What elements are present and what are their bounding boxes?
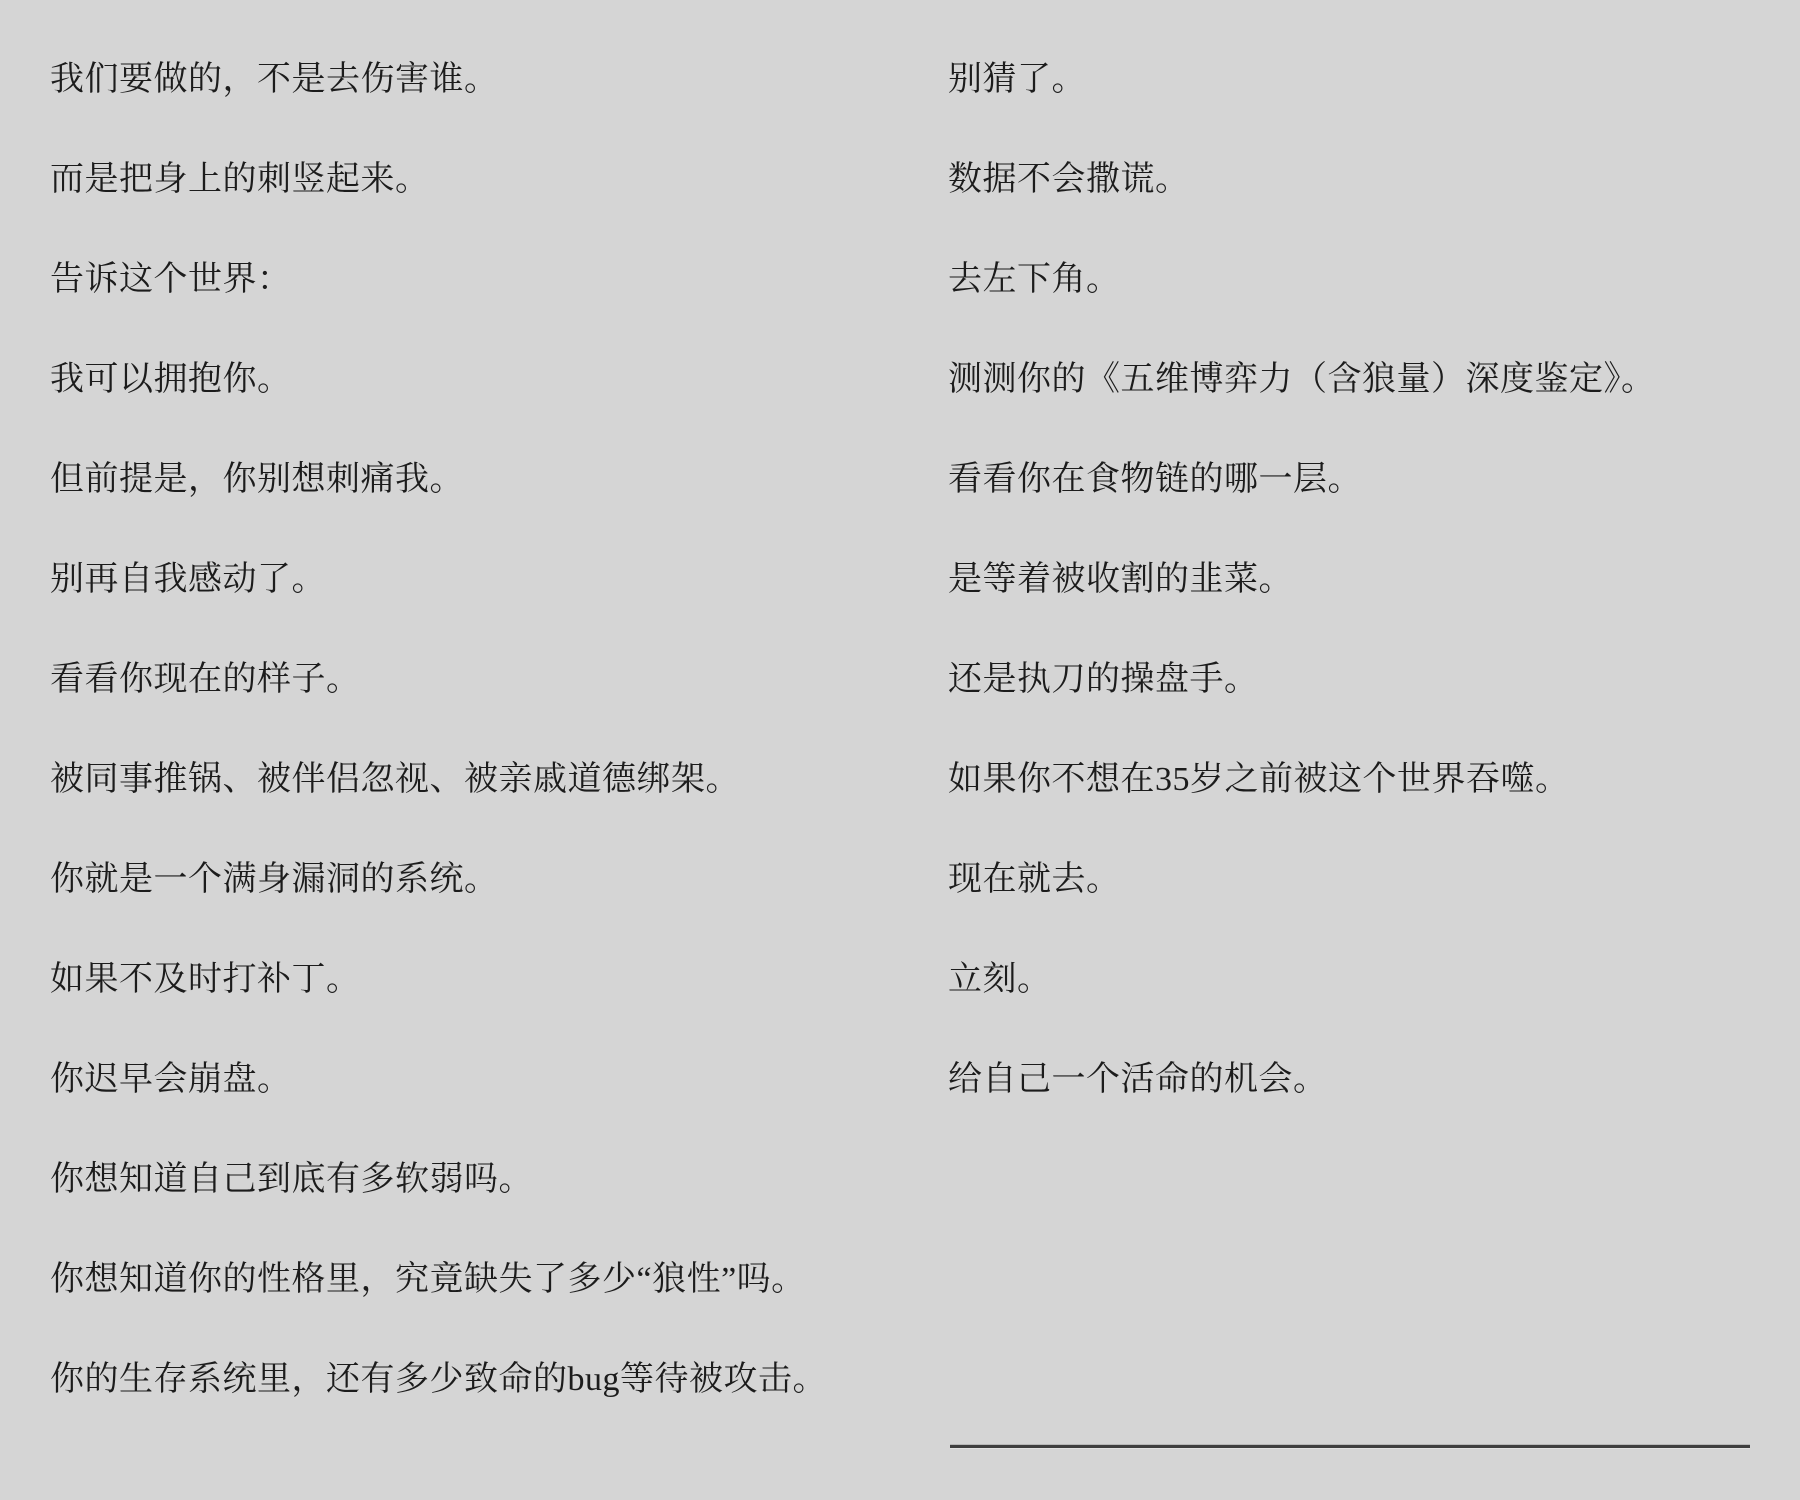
- text-line: 看看你现在的样子。: [50, 630, 920, 730]
- text-line: 如果你不想在35岁之前被这个世界吞噬。: [948, 730, 1778, 830]
- text-line: 我们要做的，不是去伤害谁。: [50, 30, 920, 130]
- text-line: 你的生存系统里，还有多少致命的bug等待被攻击。: [50, 1330, 920, 1430]
- text-line: 还是执刀的操盘手。: [948, 630, 1778, 730]
- text-line: 去左下角。: [948, 230, 1778, 330]
- left-text-column: 我们要做的，不是去伤害谁。而是把身上的刺竖起来。告诉这个世界：我可以拥抱你。但前…: [50, 0, 920, 1430]
- text-line: 看看你在食物链的哪一层。: [948, 430, 1778, 530]
- text-line: 而是把身上的刺竖起来。: [50, 130, 920, 230]
- right-text-column: 别猜了。数据不会撒谎。去左下角。测测你的《五维博弈力（含狼量）深度鉴定》。看看你…: [948, 0, 1778, 1130]
- text-page: 我们要做的，不是去伤害谁。而是把身上的刺竖起来。告诉这个世界：我可以拥抱你。但前…: [0, 0, 1800, 1500]
- text-line: 你想知道你的性格里，究竟缺失了多少“狼性”吗。: [50, 1230, 920, 1330]
- text-line: 但前提是，你别想刺痛我。: [50, 430, 920, 530]
- text-line: 是等着被收割的韭菜。: [948, 530, 1778, 630]
- text-line: 如果不及时打补丁。: [50, 930, 920, 1030]
- text-line: 立刻。: [948, 930, 1778, 1030]
- text-line: 被同事推锅、被伴侣忽视、被亲戚道德绑架。: [50, 730, 920, 830]
- text-line: 现在就去。: [948, 830, 1778, 930]
- text-line: 别再自我感动了。: [50, 530, 920, 630]
- text-line: 告诉这个世界：: [50, 230, 920, 330]
- text-line: 你迟早会崩盘。: [50, 1030, 920, 1130]
- text-line: 别猜了。: [948, 30, 1778, 130]
- bottom-divider-line: [950, 1445, 1750, 1448]
- text-line: 你想知道自己到底有多软弱吗。: [50, 1130, 920, 1230]
- text-line: 我可以拥抱你。: [50, 330, 920, 430]
- text-line: 给自己一个活命的机会。: [948, 1030, 1778, 1130]
- text-line: 数据不会撒谎。: [948, 130, 1778, 230]
- text-line: 你就是一个满身漏洞的系统。: [50, 830, 920, 930]
- text-line: 测测你的《五维博弈力（含狼量）深度鉴定》。: [948, 330, 1778, 430]
